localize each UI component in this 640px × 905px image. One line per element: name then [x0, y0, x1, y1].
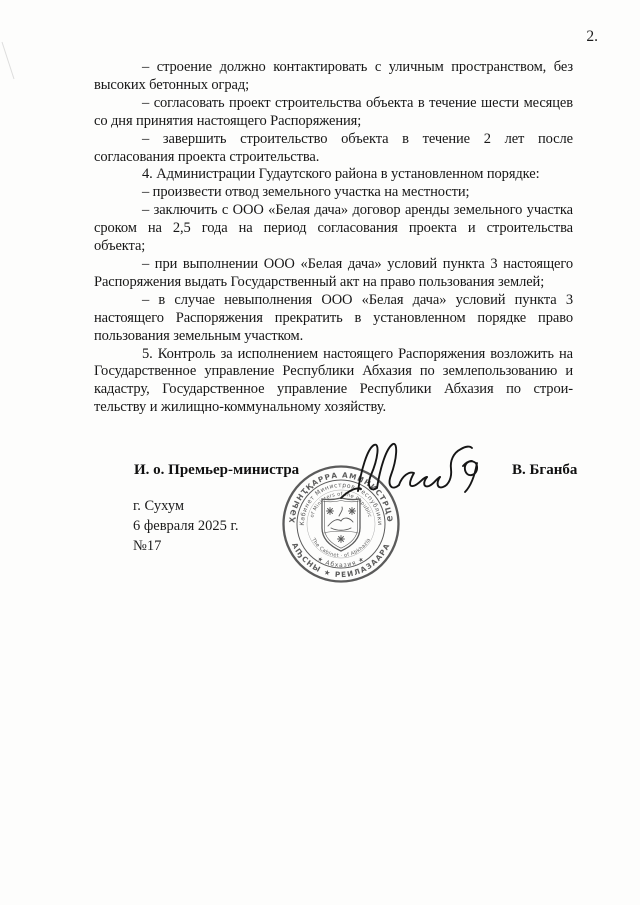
text-line: – завершить строительство объекта в тече…: [94, 131, 573, 149]
text-line: 5. Контроль за исполнением настоящего Ра…: [94, 346, 573, 364]
text-line: – в случае невыполнения ООО «Белая дача»…: [94, 292, 573, 310]
text-line: настоящего Распоряжения прекратить в уст…: [94, 310, 573, 328]
text-line: – строение должно контактировать с уличн…: [94, 59, 573, 77]
text-line: Государственное управление Республики Аб…: [94, 363, 573, 381]
signer-title: И. о. Премьер-министра: [134, 462, 299, 479]
text-line: тельству и жилищно-коммунальному хозяйст…: [94, 399, 573, 417]
official-stamp-icon: АҲӘЫНҬҚАРРА АМИНИСТРЦӘА АҦСНЫ ★ РЕИЛАЗАА…: [281, 464, 401, 584]
text-line: со дня принятия настоящего Распоряжения;: [94, 113, 573, 131]
document-page: 2. – строение должно контактировать с ул…: [0, 0, 640, 905]
text-line: согласования проекта строительства.: [94, 149, 573, 167]
text-line: кадастру, Государственное управление Рес…: [94, 381, 573, 399]
text-line: Распоряжения выдать Государственный акт …: [94, 274, 573, 292]
signer-name: В. Бганба: [512, 462, 577, 479]
text-line: – согласовать проект строительства объек…: [94, 95, 573, 113]
place-line: г. Сухум: [133, 498, 184, 515]
text-line: высоких бетонных оград;: [94, 77, 573, 95]
text-line: 4. Администрации Гудаутского района в ус…: [94, 166, 573, 184]
document-body: – строение должно контактировать с уличн…: [94, 59, 573, 417]
stamp-coat-of-arms-icon: [322, 498, 360, 551]
document-number: №17: [133, 538, 161, 555]
text-line: – при выполнении ООО «Белая дача» услови…: [94, 256, 573, 274]
stamp-outer-bottom-text: АҦСНЫ ★ РЕИЛАЗААРА: [290, 541, 392, 579]
date-line: 6 февраля 2025 г.: [133, 518, 238, 535]
text-line: – произвести отвод земельного участка на…: [94, 184, 573, 202]
text-line: пользования земельным участком.: [94, 328, 573, 346]
text-line: – заключить с ООО «Белая дача» договор а…: [94, 202, 573, 220]
text-line: сроком на 2,5 года на период согласовани…: [94, 220, 573, 238]
page-number: 2.: [586, 28, 598, 46]
text-line: объекта;: [94, 238, 573, 256]
